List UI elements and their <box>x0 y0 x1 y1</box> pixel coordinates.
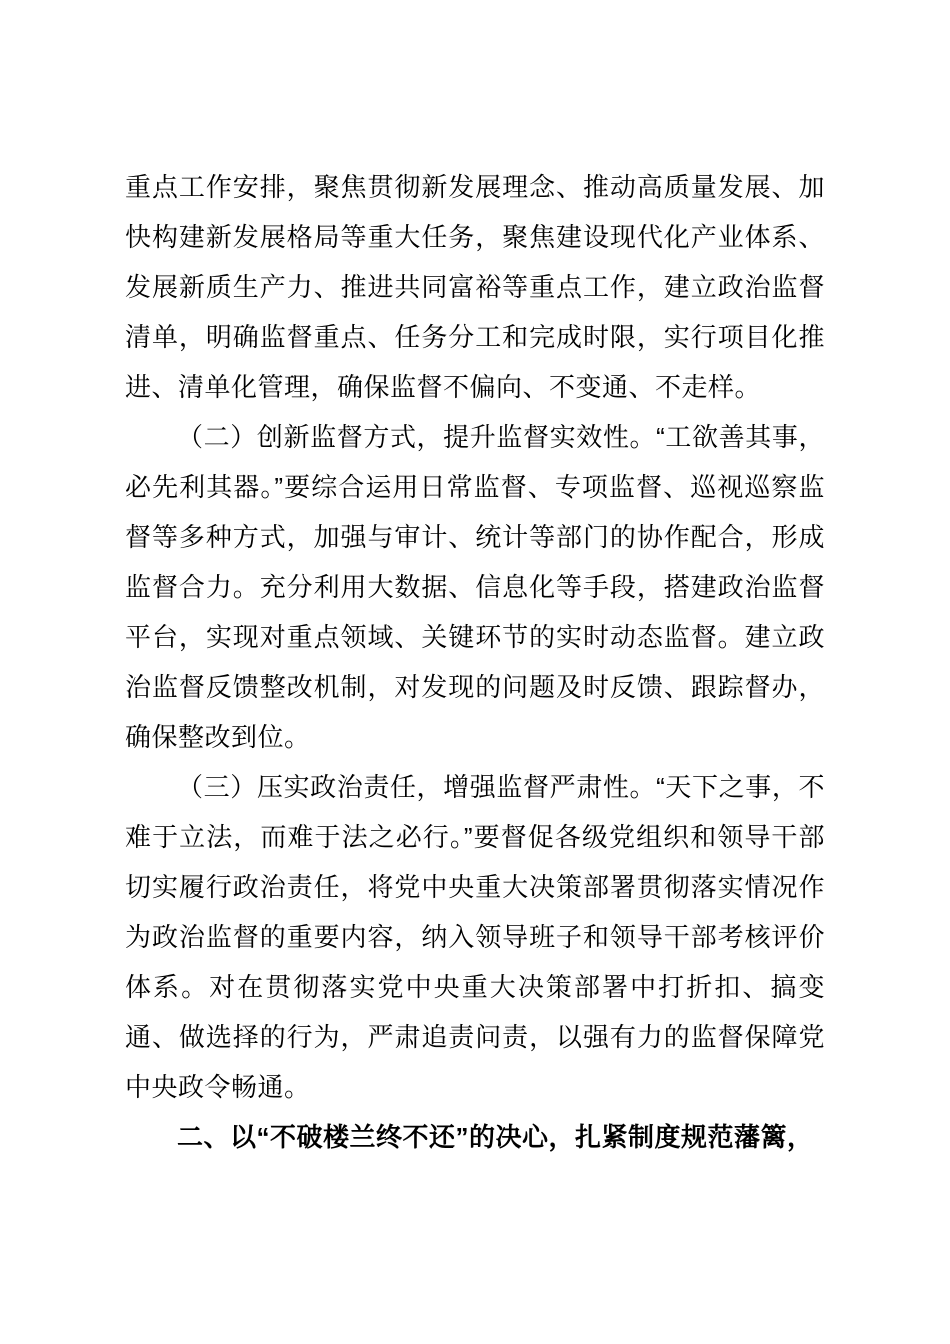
paragraph-section-3: （三）压实政治责任，增强监督严肃性。“天下之事，不难于立法，而难于法之必行。”要… <box>125 762 825 1112</box>
paragraph-section-2: （二）创新监督方式，提升监督实效性。“工欲善其事，必先利其器。”要综合运用日常监… <box>125 412 825 762</box>
document-text-block: 重点工作安排，聚焦贯彻新发展理念、推动高质量发展、加快构建新发展格局等重大任务，… <box>125 162 825 1162</box>
paragraph-body-continuation: 重点工作安排，聚焦贯彻新发展理念、推动高质量发展、加快构建新发展格局等重大任务，… <box>125 162 825 412</box>
document-page: 重点工作安排，聚焦贯彻新发展理念、推动高质量发展、加快构建新发展格局等重大任务，… <box>0 0 950 1344</box>
section-heading-2: 二、以“不破楼兰终不还”的决心，扎紧制度规范藩篱， <box>125 1112 825 1162</box>
